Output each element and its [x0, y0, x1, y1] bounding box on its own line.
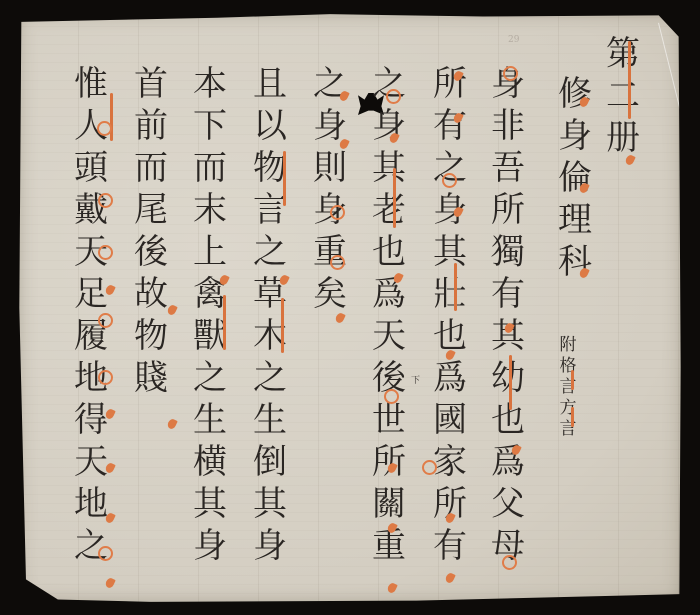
volume-char: 第 [606, 33, 640, 75]
title-char: 理 [558, 199, 592, 241]
text-char: 非 [491, 105, 525, 147]
text-char: 惟 [74, 63, 108, 105]
text-char: 地 [74, 483, 108, 525]
sentence-circle [330, 255, 345, 270]
text-char: 老 [372, 189, 406, 231]
text-column-1: 身非吾所獨有其幼也爲父母 [485, 63, 531, 567]
text-char: 爲 [433, 357, 467, 399]
text-column-6: 本下而末上禽獸之生横其身 [187, 63, 233, 567]
text-char: 國 [433, 399, 467, 441]
text-char: 首 [134, 63, 168, 105]
text-char: 故 [134, 273, 168, 315]
title-char: 身 [558, 115, 592, 157]
proper-noun-line [571, 407, 574, 427]
text-char: 倒 [253, 441, 287, 483]
text-char: 吾 [491, 147, 525, 189]
text-char: 後 [134, 231, 168, 273]
volume-label: 第二册 [600, 33, 646, 159]
interlinear-insert: 下 [411, 373, 420, 386]
text-column-2: 所有之身其壯也爲國家所有 [427, 63, 473, 567]
sentence-circle [98, 370, 113, 385]
text-char: 生 [193, 399, 227, 441]
text-char: 有 [433, 525, 467, 567]
sentence-circle [384, 389, 399, 404]
text-char: 横 [193, 441, 227, 483]
sentence-circle [98, 313, 113, 328]
text-char: 尾 [134, 189, 168, 231]
proper-noun-line [281, 298, 284, 353]
text-char: 且 [253, 63, 287, 105]
text-column-7: 首前而尾後故物賤 [128, 63, 174, 399]
text-char: 前 [134, 105, 168, 147]
volume-char: 册 [606, 117, 640, 159]
paper-crease [658, 23, 700, 188]
text-column-4: 之身則身重矣 [307, 63, 353, 315]
text-char: 壯 [433, 273, 467, 315]
text-char: 其 [193, 483, 227, 525]
proper-noun-line [509, 355, 512, 410]
text-char: 上 [193, 231, 227, 273]
text-char: 家 [433, 441, 467, 483]
sentence-circle [442, 173, 457, 188]
text-char: 其 [253, 483, 287, 525]
text-char: 物 [134, 315, 168, 357]
proper-noun-line [571, 370, 574, 390]
sentence-circle [386, 89, 401, 104]
text-char: 而 [193, 147, 227, 189]
text-char: 身 [193, 525, 227, 567]
text-char: 則 [313, 147, 347, 189]
text-char: 其 [372, 147, 406, 189]
subtitle-note: 附格言方言 [558, 335, 578, 440]
text-char: 而 [134, 147, 168, 189]
title-char: 修 [558, 73, 592, 115]
punctuation-mark [104, 577, 115, 589]
note-char: 附 [560, 335, 577, 356]
text-char: 也 [491, 399, 525, 441]
sentence-circle [330, 205, 345, 220]
sentence-circle [98, 245, 113, 260]
text-char: 之 [253, 231, 287, 273]
text-column-5: 且以物言之草木之生倒其身 [247, 63, 293, 567]
sentence-circle [502, 555, 517, 570]
punctuation-mark [386, 582, 397, 594]
text-char: 本 [193, 63, 227, 105]
text-char: 所 [372, 441, 406, 483]
title-char: 科 [558, 241, 592, 283]
text-char: 所 [433, 63, 467, 105]
sentence-circle [503, 66, 518, 81]
text-char: 幼 [491, 357, 525, 399]
punctuation-mark [444, 572, 455, 584]
proper-noun-line [454, 263, 457, 311]
text-char: 也 [372, 231, 406, 273]
text-char: 有 [433, 105, 467, 147]
text-char: 物 [253, 147, 287, 189]
text-char: 生 [253, 399, 287, 441]
text-char: 之 [193, 357, 227, 399]
subject-title: 修身倫理科 [552, 73, 598, 283]
text-char: 所 [491, 189, 525, 231]
text-char: 獸 [193, 315, 227, 357]
sentence-circle [422, 460, 437, 475]
text-char: 賤 [134, 357, 168, 399]
text-char: 父 [491, 483, 525, 525]
text-char: 有 [491, 273, 525, 315]
sentence-circle [98, 546, 113, 561]
text-char: 其 [433, 231, 467, 273]
text-char: 下 [193, 105, 227, 147]
sentence-circle [98, 193, 113, 208]
text-char: 得 [74, 399, 108, 441]
text-char: 天 [372, 315, 406, 357]
text-char: 以 [253, 105, 287, 147]
title-char: 倫 [558, 157, 592, 199]
text-char: 矣 [313, 273, 347, 315]
text-char: 頭 [74, 147, 108, 189]
text-char: 其 [491, 315, 525, 357]
text-char: 關 [372, 483, 406, 525]
text-char: 世 [372, 399, 406, 441]
proper-noun-line [628, 41, 631, 119]
volume-char: 二 [606, 75, 640, 117]
sentence-circle [97, 121, 112, 136]
text-char: 天 [74, 441, 108, 483]
proper-noun-line [393, 168, 396, 228]
page-number-mark: 29 [508, 35, 519, 45]
text-char: 言 [253, 189, 287, 231]
proper-noun-line [223, 295, 226, 350]
punctuation-mark [166, 418, 177, 430]
proper-noun-line [110, 93, 113, 141]
text-char: 身 [253, 525, 287, 567]
manuscript-page: 29 第二册 修身倫理科 附格言方言 身非吾所獨有其幼也爲父母 所有之身其壯也爲… [18, 13, 682, 603]
text-char: 之 [253, 357, 287, 399]
text-char: 獨 [491, 231, 525, 273]
text-char: 足 [74, 273, 108, 315]
proper-noun-line [283, 151, 286, 206]
text-char: 末 [193, 189, 227, 231]
